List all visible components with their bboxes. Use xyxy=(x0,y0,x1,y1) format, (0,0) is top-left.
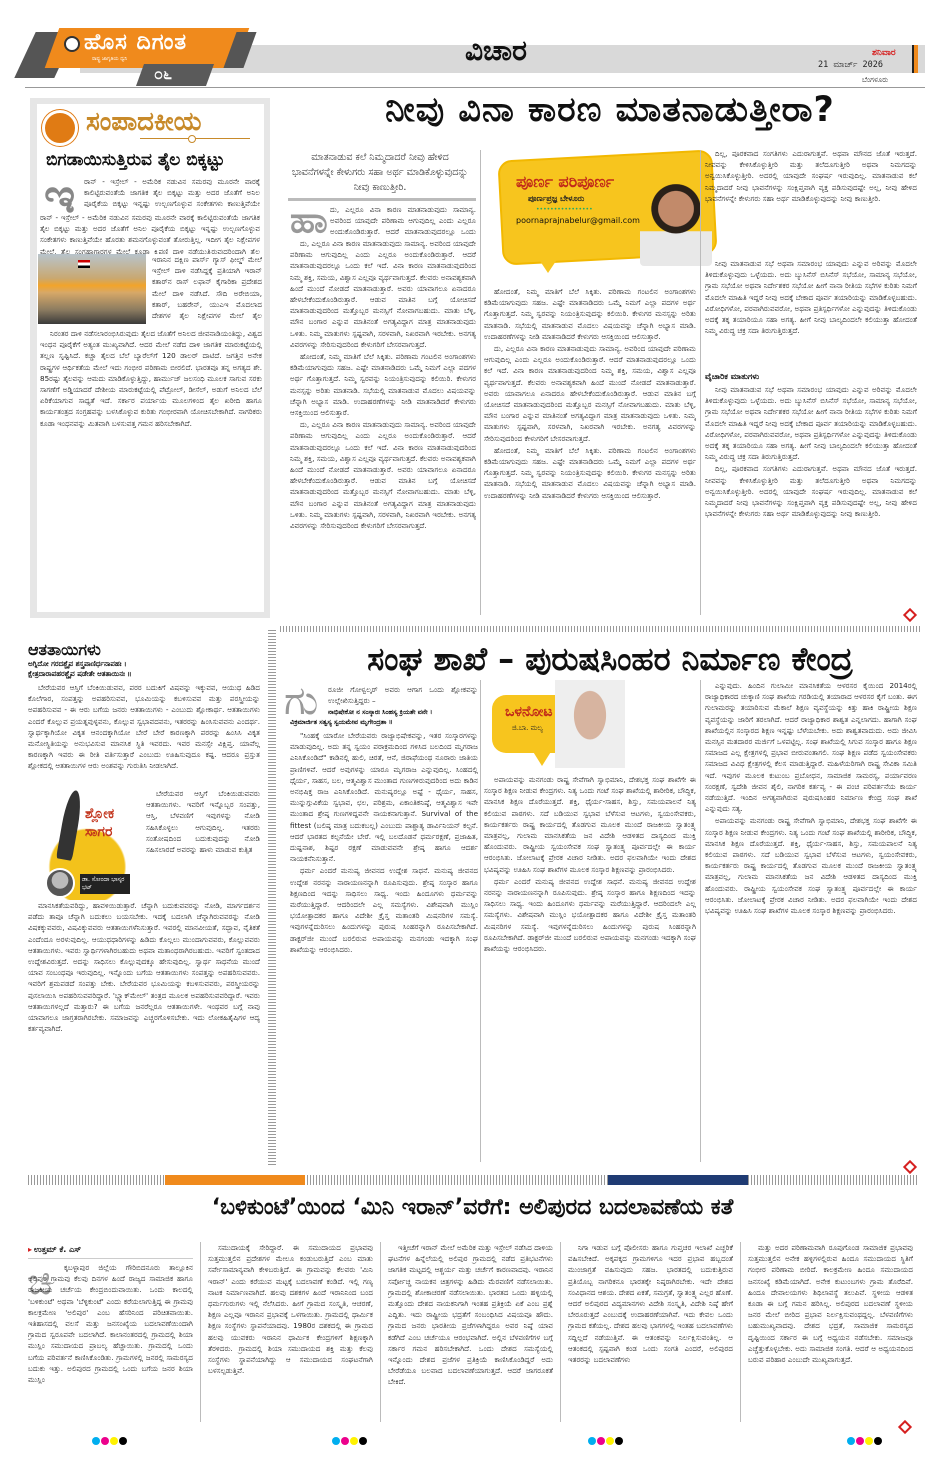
logo-tagline: ರಾಷ್ಟ್ರ ಜಾಗೃತಿಯ ಧ್ವನಿ xyxy=(92,56,127,62)
article1-col3: ದಿಲ್ಲ, ಪೂರಕವಾದ ಸಂಗತಿಗಳು ಎದುರಾಗುತ್ತವೆ. ಅಥ… xyxy=(705,148,917,258)
article2-col3: ಎನ್ನುವುದು. ಹಿಂದಿನ ಗುಲಾಮೀ ಮಾನಸಿಕತೆಯ ಆಳರಸರ… xyxy=(705,680,917,1162)
article3-col2: ಸಮುದಾಯಕ್ಕೆ ಸೇರಿದ್ದಾರೆ. ಈ ಸಮುದಾಯದ ಪ್ರಭಾವವ… xyxy=(208,1242,373,1422)
article2-headline: ಸಂಘ ಶಾಖೆ – ಪುರುಷಸಿಂಹರ ನಿರ್ಮಾಣ ಕೇಂದ್ರ xyxy=(300,640,920,679)
cmyk-registration-mark xyxy=(332,1437,367,1445)
verse-line-2: ಕ್ಷೇತ್ರದಾರಾಪಹರಶ್ಚೈವ ಷಡೇತೇ ಆತತಾಯಿನಃ ॥ xyxy=(28,670,132,679)
article1-dropcap: ಹಾ xyxy=(290,200,328,242)
weekday: ಶನಿವಾರ xyxy=(872,48,896,58)
end-mark-icon xyxy=(903,1160,917,1174)
editorial-headline: ಬಿಗಡಾಯಿಸುತ್ತಿರುವ ತೈಲ ಬಿಕ್ಕಟ್ಟು xyxy=(46,150,225,170)
column-author: ಪೂರ್ಣಪ್ರಜ್ಞ ಬೇಳೂರು xyxy=(528,194,584,204)
article3-headline: ‘ಬಳಿಕುಂಟೆ’ಯಿಂದ ‘ಮಿನಿ ಇರಾನ್’ವರೆಗೆ: ಅಲಿಪುರ… xyxy=(30,1195,915,1220)
article2-col1: "ಸಿಂಹಕ್ಕೆ ಯಾರೋ ಬೇರೆಯವರು ರಾಜ್ಯಾಭಿಷೇಕವನ್ನು… xyxy=(290,730,478,1162)
column-author: ಜಿ.ಬಾ. ಮಲ್ಯ xyxy=(512,724,543,733)
date: 21 ಮಾರ್ಚ್ 2026 xyxy=(818,60,883,70)
author-photo xyxy=(555,680,625,768)
article3-col4: ನಿಗಾ ಇಡುವ ಬಗ್ಗೆ ಪೊಲೀಸರು ಹಾಗೂ ಗುಪ್ತಚರ ಇಲಾ… xyxy=(568,1242,733,1422)
verse-line-2: ವಿಕ್ರಮಾರ್ಜಿತ ಸತ್ವಸ್ಯ ಸ್ವಯಮೇವ ಮೃಗೇಂದ್ರತಾ … xyxy=(290,718,393,727)
article1-headline: ನೀವು ವಿನಾ ಕಾರಣ ಮಾತನಾಡುತ್ತೀರಾ? xyxy=(300,90,920,130)
column-rule xyxy=(740,1242,741,1422)
aatatayi-body: ಬೇರೆಯವರ ಆಸ್ತಿಗೆ ಬೆಂಕಿಯಿಡುವವ, ಪರರ ಬದುಕಿಗೆ… xyxy=(28,682,260,788)
article1-subhead: ವೈಚಾರಿಕ ಮಾತುಗಳು xyxy=(705,372,759,382)
article3-byline: ಉತ್ತಮ್ ಕೆ. ಎಸ್ xyxy=(28,1245,81,1255)
editorial-label: ಸಂಪಾದಕೀಯ xyxy=(86,107,201,138)
section-divider xyxy=(280,626,920,632)
column-name: ಒಳನೋಟ xyxy=(505,704,552,720)
column-rule xyxy=(480,680,481,1162)
shloka-author: ಡಾ. ಸೋಂದಾ ಭಾಸ್ಕರ ಭಟ್ xyxy=(80,874,130,894)
divider-accent-blue xyxy=(608,1175,748,1185)
article1-col1-top: ದು, ಎಲ್ಲರೂ ವಿನಾ ಕಾರಣ ಮಾತನಾಡುವುದು ಸಾಮಾನ್ಯ… xyxy=(330,204,476,238)
article1-deck: ಮಾತನಾಡುವ ಕಲೆ ನಿಮ್ಮದಾದರೆ ನೀವು ಹೇಳಿದ ಭಾವನೆ… xyxy=(290,150,470,195)
masthead-tab xyxy=(912,45,918,73)
verse-line-1: ನಾಭಿಷೇಕೋ ನ ಸಂಸ್ಕಾರಃ ಸಿಂಹಸ್ಯ ಕ್ರಿಯತೇ ವನೇ … xyxy=(328,708,432,717)
ornament-divider: •••••••••••••••• xyxy=(536,206,593,213)
section-divider xyxy=(28,1175,918,1185)
article1-col1: ದು, ಎಲ್ಲರೂ ವಿನಾ ಕಾರಣ ಮಾತನಾಡುವುದು ಸಾಮಾನ್ಯ… xyxy=(290,238,476,614)
author-photo xyxy=(640,178,712,266)
article1-col3b: ನೀವು ಮಾತನಾಡುವ ಸಭೆ ಅಥವಾ ಸಮಾರಂಭ ಯಾವುದು ಎನ್… xyxy=(705,384,917,610)
article2-intro: ರೂಜೀ ಗೋಳ್ವಲ್ಕರ್ ಅವರು ಆಗಾಗ ಒಂದು ಶ್ಲೋಕವನ್ನ… xyxy=(328,684,478,708)
end-mark-icon xyxy=(903,608,917,622)
verse-line-1: ಅಗ್ನಿದೋ ಗರದಶ್ಚೈವ ಶಸ್ತ್ರಪಾಣಿರ್ಧನಾಪಹಃ । xyxy=(28,660,127,669)
editorial-lead-top: ರಾನ್ - ಇಸ್ರೇಲ್ - ಅಮೆರಿಕ ನಡುವಿನ ಸಮರವು ಮೂರ… xyxy=(84,176,260,210)
column-rule xyxy=(560,1242,561,1422)
article2-col2: ಅಪಾಯವನ್ನು ಮನಗಂಡು ರಾಷ್ಟ್ರ ಸೇವೆಗಾಗಿ ಸ್ವಾಭಿ… xyxy=(484,774,696,1162)
editorial-lead: ರಾನ್ - ಇಸ್ರೇಲ್ - ಅಮೆರಿಕ ನಡುವಿನ ಸಮರವು ಮೂರ… xyxy=(40,212,260,254)
vertical-divider xyxy=(268,630,276,1165)
column-badge-tail xyxy=(536,255,560,273)
column-rule xyxy=(380,1242,381,1422)
column-name: ಪೂರ್ಣ ಪರಿಪೂರ್ಣ xyxy=(516,172,614,192)
author-photo xyxy=(45,868,75,898)
city: ಬೆಂಗಳೂರು xyxy=(862,76,888,85)
cmyk-registration-mark xyxy=(92,1437,127,1445)
editorial-beside-image: ಇರಾನಿನ ದಕ್ಷಿಣ ಪಾರ್ಸ್ ಗ್ಯಾಸ್ ಫೀಲ್ಡ್ ಮೇಲೆ … xyxy=(152,254,262,324)
section-title: ವಿಚಾರ xyxy=(465,34,527,68)
column-rule xyxy=(200,1242,201,1422)
aatatayi-title: ಆತತಾಯಿಗಳು xyxy=(28,640,101,660)
article3-col5: ಮತ್ತು ಅದರ ಪರಿಣಾಮವಾಗಿ ರೂಪುಗೊಂಡ ಸಾಮಾಜಿಕ ಪ್… xyxy=(748,1242,913,1422)
article3-col3: ಇತ್ತೀಚೆಗೆ ಇರಾನ್ ಮೇಲೆ ಅಮೆರಿಕ ಮತ್ತು ಇಸ್ರೇಲ… xyxy=(388,1242,553,1422)
column-rule xyxy=(700,150,701,615)
logo-emblem-icon xyxy=(64,36,80,52)
divider-accent-orange xyxy=(165,1175,305,1185)
article1-col3-mid: ನೀವು ಮಾತನಾಡುವ ಸಭೆ ಅಥವಾ ಸಮಾರಂಭ ಯಾವುದು ಎನ್… xyxy=(705,258,917,370)
article3-col1: ಕ್ಕಬಳ್ಳಾಪುರ ಜಿಲ್ಲೆಯ ಗೌರಿಬಿದನೂರು ತಾಲ್ಲೂಕಿ… xyxy=(28,1262,193,1422)
page-number: ೦೬ xyxy=(154,64,172,84)
cmyk-registration-mark xyxy=(588,1437,623,1445)
aatatayi-body2: ಮಾನಸಿಕತೆಯವರಿದ್ದು, ಹಾವಳಿಯಿಡುತ್ತಾರೆ. ಚೆನ್ನ… xyxy=(28,900,260,1162)
shloka-sagara-label: ಶ್ಲೋಕ ಸಾಗರ xyxy=(85,805,135,841)
editorial-body: ನಿರಂತರ ದಾಳಿ ನಡೆಸಲಾರಂಭಿಸಿರುವುದು ತೈಲದ ಜೊತೆ… xyxy=(40,328,262,610)
oil-fire-photo xyxy=(38,254,146,324)
ornament-icon xyxy=(188,135,196,143)
column-rule xyxy=(700,680,701,1162)
column-badge-tail xyxy=(532,750,552,766)
author-email: poornaprajnabelur@gmail.com xyxy=(516,216,640,225)
aatatayi-beside: ಬೇರೆಯವರ ಆಸ್ತಿಗೆ ಬೆಂಕಿಯಿಡುವವರು ಆತತಾಯಿಗಳು.… xyxy=(146,788,260,900)
masthead-rule xyxy=(25,87,925,88)
byline-rule xyxy=(28,1258,193,1259)
column-rule xyxy=(480,150,481,615)
cmyk-registration-mark xyxy=(847,1437,882,1445)
logo-text: ಹೊಸ ದಿಗಂತ xyxy=(84,30,187,55)
page-number-plate xyxy=(136,64,214,86)
flag-icon xyxy=(78,260,90,268)
article1-col2: ಹೋದಂತೆ, ನಿಮ್ಮ ಮಾತಿಗೆ ಬೆಲೆ ಸಿಕ್ಕಿತು. ಪರಿಣ… xyxy=(484,286,696,614)
end-mark-icon xyxy=(898,1420,912,1434)
editorial-emblem-icon xyxy=(42,110,78,146)
